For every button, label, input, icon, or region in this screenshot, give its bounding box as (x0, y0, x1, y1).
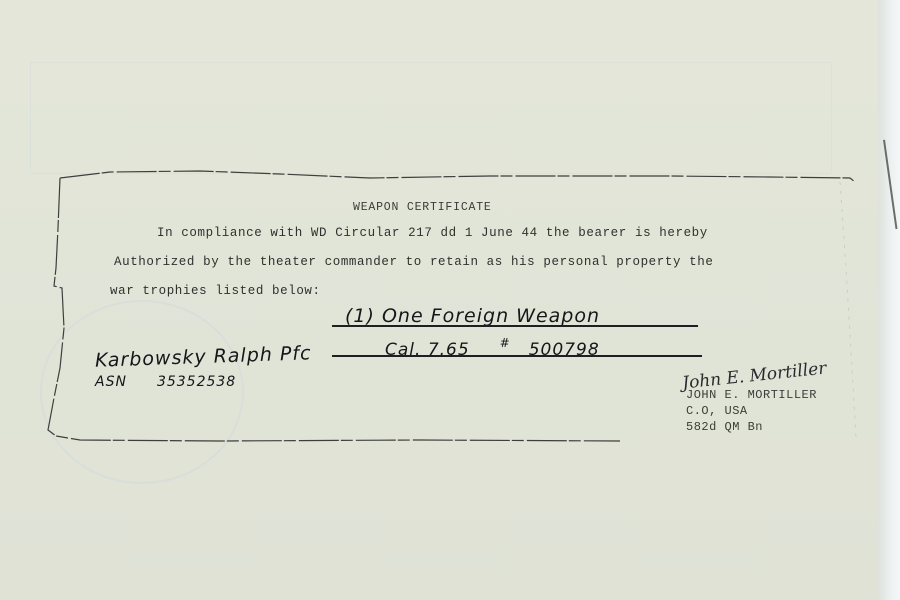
signature-block: JOHN E. MORTILLERC.O, USA582d QM Bn (686, 387, 817, 435)
item-underline-1 (332, 325, 698, 327)
bearer-asn: ASN35352538 (95, 374, 236, 390)
bleed-through-box (30, 62, 832, 174)
page-edge (878, 0, 900, 600)
certificate-title: WEAPON CERTIFICATE (353, 201, 492, 214)
body-line-3: war trophies listed below: (110, 284, 321, 298)
asn-label: ASN (95, 374, 127, 390)
item-underline-2 (332, 355, 702, 357)
asn-number: 35352538 (157, 374, 236, 390)
signatory-title: C.O, USA (686, 403, 817, 419)
serial-number: 500798 (529, 340, 600, 360)
caliber: Cal. 7.65 (385, 340, 470, 360)
trophy-item-line-1: (1) One Foreign Weapon (345, 305, 600, 327)
body-line-2: Authorized by the theater commander to r… (114, 255, 714, 269)
signatory-name: JOHN E. MORTILLER (686, 387, 817, 403)
body-line-1: In compliance with WD Circular 217 dd 1 … (157, 226, 708, 240)
signatory-unit: 582d QM Bn (686, 419, 817, 435)
number-sign: # (500, 336, 511, 350)
